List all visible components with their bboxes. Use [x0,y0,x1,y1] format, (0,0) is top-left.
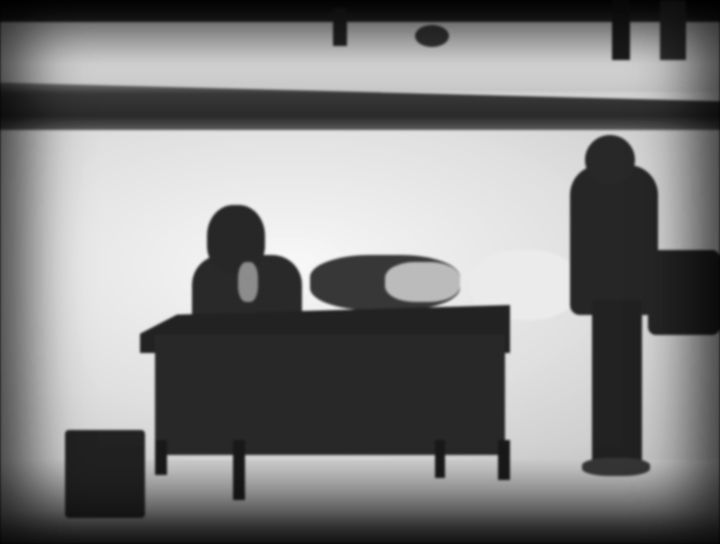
seated-person-face [238,262,258,302]
standing-person-legs [592,300,642,470]
bundle-light [385,262,460,302]
table-leg [498,440,510,480]
post [333,8,347,46]
standing-person-body [570,165,658,315]
distant-bush [415,25,449,47]
bucket [65,430,145,518]
seated-person-head [207,205,265,273]
table-leg [155,440,167,475]
post [660,0,686,60]
dark-object-right [648,250,720,335]
post [612,0,630,60]
film-still: Grainy black-and-white archival film sti… [0,0,720,544]
table-leg [233,440,245,500]
table-leg [435,440,445,478]
standing-person-head [585,135,635,185]
table-front [155,335,505,455]
standing-person-feet [582,458,650,476]
